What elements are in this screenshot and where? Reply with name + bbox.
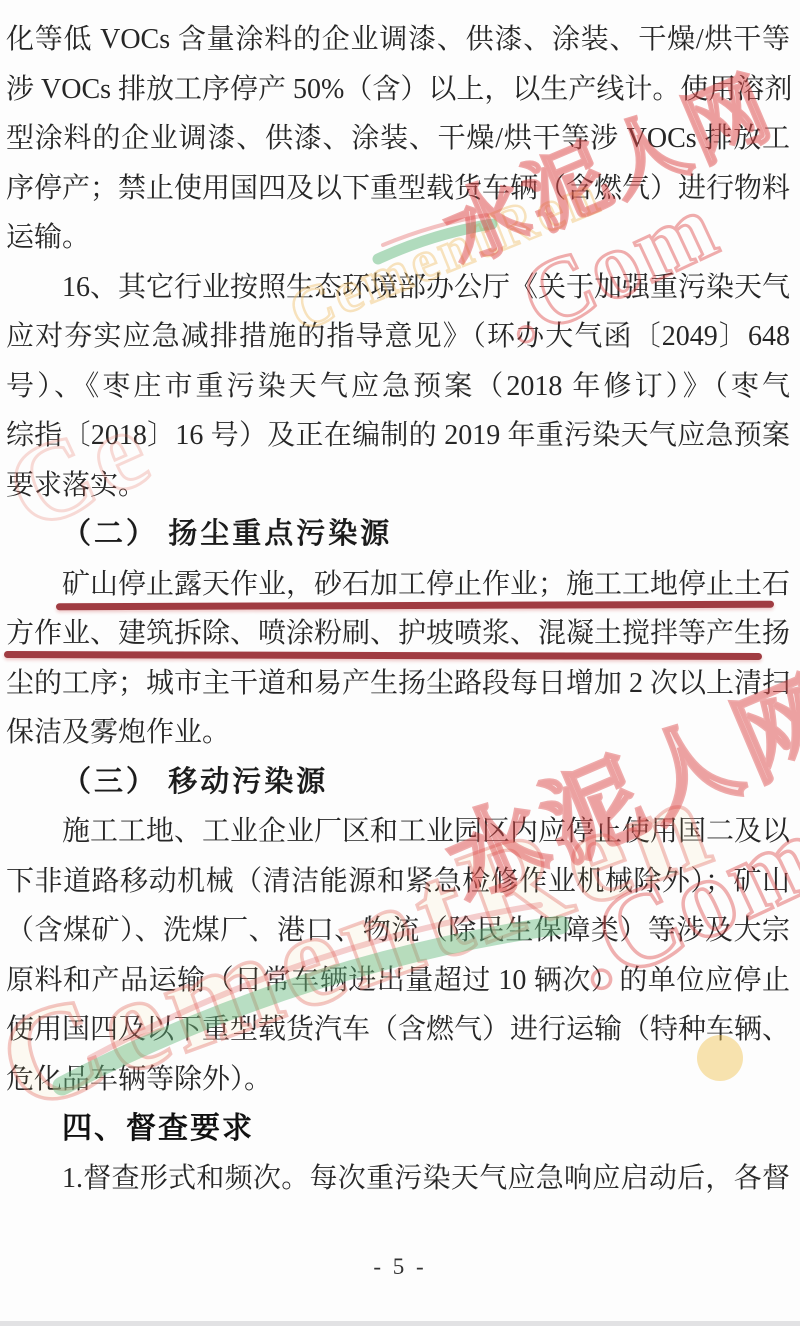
section-heading-dust-sources: （二） 扬尘重点污染源 xyxy=(6,510,790,560)
text-line: 使用国四及以下重型载货汽车（含燃气）进行运输（特种车辆、 xyxy=(6,1005,790,1055)
document-body: 化等低 VOCs 含量涂料的企业调漆、供漆、涂装、干燥/烘干等 涉 VOCs 排… xyxy=(6,15,790,1203)
section-heading-mobile-sources: （三） 移动污染源 xyxy=(6,758,790,808)
section-heading-supervision: 四、督查要求 xyxy=(6,1104,790,1154)
scan-edge-artifact xyxy=(0,1321,800,1326)
text-line: 综指〔2018〕16 号）及正在编制的 2019 年重污染天气应急预案 xyxy=(6,411,790,461)
text-line: 保洁及雾炮作业。 xyxy=(6,708,790,758)
text-line: （含煤矿）、洗煤厂、港口、物流（除民生保障类）等涉及大宗 xyxy=(6,906,790,956)
text-line: 运输。 xyxy=(6,213,790,263)
text-line: 矿山停止露天作业，砂石加工停止作业；施工工地停止土石 xyxy=(6,560,790,610)
text-line: 危化品车辆等除外）。 xyxy=(6,1055,790,1105)
page-number: - 5 - xyxy=(0,1254,800,1280)
text-line: 序停产；禁止使用国四及以下重型载货车辆（含燃气）进行物料 xyxy=(6,164,790,214)
text-line: 下非道路移动机械（清洁能源和紧急检修作业机械除外）；矿山 xyxy=(6,857,790,907)
text-line: 方作业、建筑拆除、喷涂粉刷、护坡喷浆、混凝土搅拌等产生扬 xyxy=(6,609,790,659)
text-line: 号）、《枣庄市重污染天气应急预案（2018 年修订）》（枣气 xyxy=(6,362,790,412)
text-line: 尘的工序；城市主干道和易产生扬尘路段每日增加 2 次以上清扫 xyxy=(6,659,790,709)
text-line: 化等低 VOCs 含量涂料的企业调漆、供漆、涂装、干燥/烘干等 xyxy=(6,15,790,65)
document-page: 化等低 VOCs 含量涂料的企业调漆、供漆、涂装、干燥/烘干等 涉 VOCs 排… xyxy=(0,0,800,1326)
text-line: 施工工地、工业企业厂区和工业园区内应停止使用国二及以 xyxy=(6,807,790,857)
text-line: 1.督查形式和频次。每次重污染天气应急响应启动后，各督 xyxy=(6,1154,790,1204)
text-line: 型涂料的企业调漆、供漆、涂装、干燥/烘干等涉 VOCs 排放工 xyxy=(6,114,790,164)
text-line: 16、其它行业按照生态环境部办公厅《关于加强重污染天气 xyxy=(6,263,790,313)
text-line: 原料和产品运输（日常车辆进出量超过 10 辆次）的单位应停止 xyxy=(6,956,790,1006)
text-line: 涉 VOCs 排放工序停产 50%（含）以上，以生产线计。使用溶剂 xyxy=(6,65,790,115)
text-line: 要求落实。 xyxy=(6,461,790,511)
text-line: 应对夯实应急减排措施的指导意见》（环办大气函〔2049〕648 xyxy=(6,312,790,362)
